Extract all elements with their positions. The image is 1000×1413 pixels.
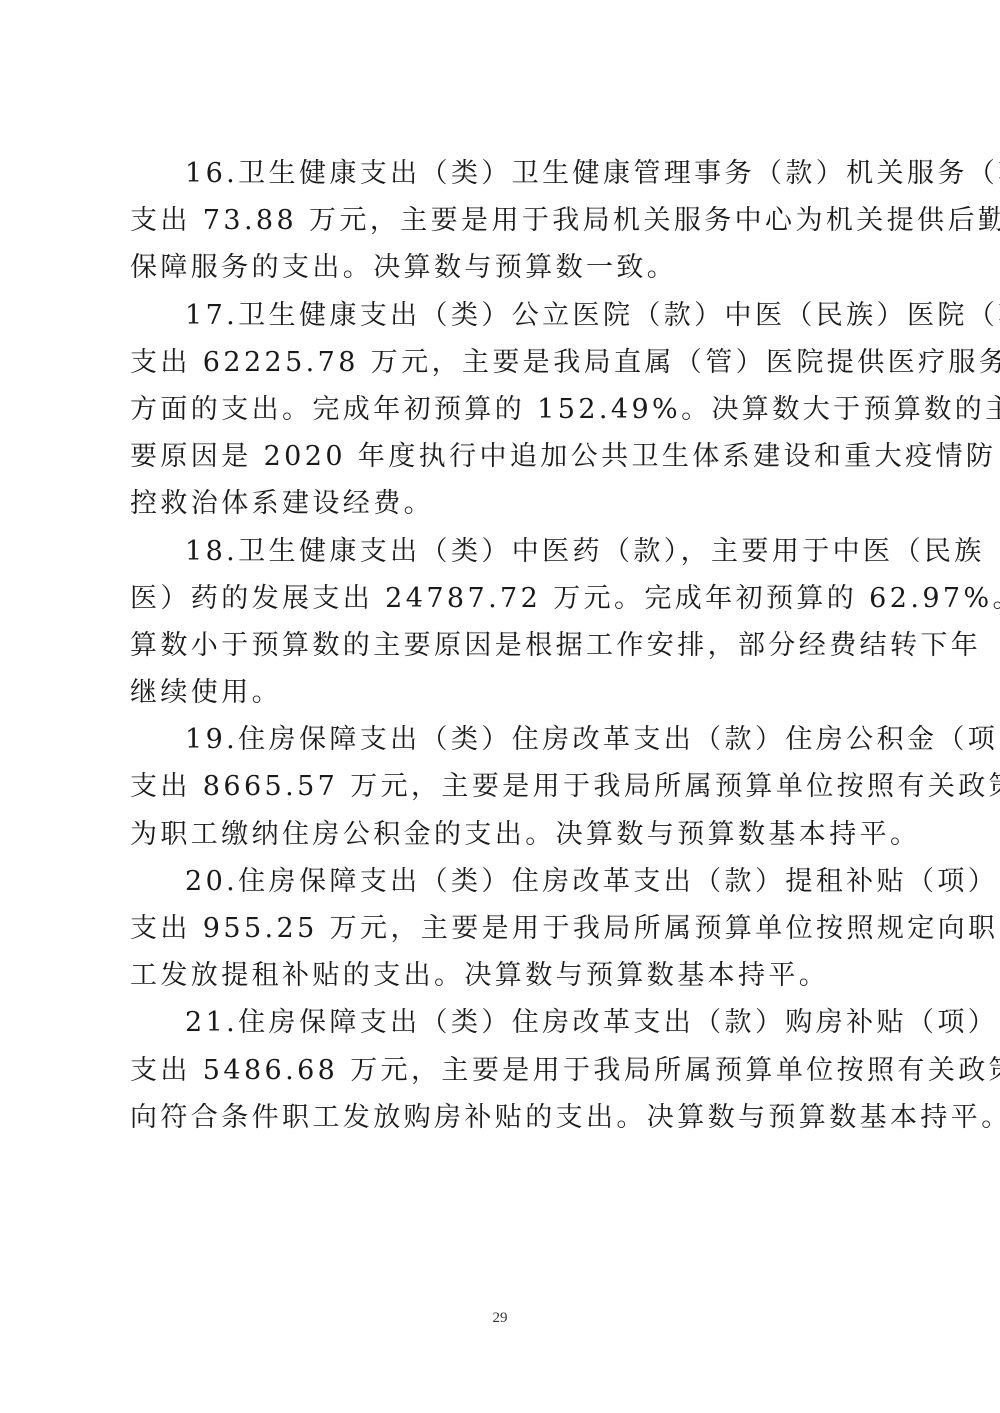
paragraph-line: 控救治体系建设经费。 [130,480,875,527]
paragraph-line: 工发放提租补贴的支出。决算数与预算数基本持平。 [130,952,875,999]
paragraph-line: 为职工缴纳住房公积金的支出。决算数与预算数基本持平。 [130,811,875,858]
paragraph-line: 方面的支出。完成年初预算的 152.49%。决算数大于预算数的主 [130,386,875,433]
paragraph-19: 19.住房保障支出（类）住房改革支出（款）住房公积金（项） 支出 8665.57… [130,716,875,858]
paragraph-16: 16.卫生健康支出（类）卫生健康管理事务（款）机关服务（项） 支出 73.88 … [130,150,875,292]
paragraph-18: 18.卫生健康支出（类）中医药（款），主要用于中医（民族 医）药的发展支出 24… [130,528,875,717]
paragraph-line: 支出 955.25 万元，主要是用于我局所属预算单位按照规定向职 [130,905,875,952]
paragraph-line: 算数小于预算数的主要原因是根据工作安排，部分经费结转下年 [130,622,875,669]
paragraph-line: 20.住房保障支出（类）住房改革支出（款）提租补贴（项） [130,858,875,905]
paragraph-line: 继续使用。 [130,669,875,716]
paragraph-21: 21.住房保障支出（类）住房改革支出（款）购房补贴（项） 支出 5486.68 … [130,999,875,1141]
paragraph-line: 要原因是 2020 年度执行中追加公共卫生体系建设和重大疫情防 [130,433,875,480]
paragraph-line: 医）药的发展支出 24787.72 万元。完成年初预算的 62.97%。决 [130,575,875,622]
paragraph-line: 19.住房保障支出（类）住房改革支出（款）住房公积金（项） [130,716,875,763]
paragraph-line: 支出 73.88 万元，主要是用于我局机关服务中心为机关提供后勤 [130,197,875,244]
paragraph-20: 20.住房保障支出（类）住房改革支出（款）提租补贴（项） 支出 955.25 万… [130,858,875,1000]
document-page: 16.卫生健康支出（类）卫生健康管理事务（款）机关服务（项） 支出 73.88 … [0,0,1000,1413]
paragraph-line: 21.住房保障支出（类）住房改革支出（款）购房补贴（项） [130,999,875,1046]
paragraph-line: 16.卫生健康支出（类）卫生健康管理事务（款）机关服务（项） [130,150,875,197]
paragraph-line: 向符合条件职工发放购房补贴的支出。决算数与预算数基本持平。 [130,1094,875,1141]
paragraph-line: 17.卫生健康支出（类）公立医院（款）中医（民族）医院（项） [130,292,875,339]
paragraph-line: 支出 8665.57 万元，主要是用于我局所属预算单位按照有关政策 [130,763,875,810]
page-number: 29 [0,1310,1000,1327]
paragraph-line: 支出 62225.78 万元，主要是我局直属（管）医院提供医疗服务等 [130,339,875,386]
paragraph-17: 17.卫生健康支出（类）公立医院（款）中医（民族）医院（项） 支出 62225.… [130,292,875,528]
paragraph-line: 18.卫生健康支出（类）中医药（款），主要用于中医（民族 [130,528,875,575]
paragraph-line: 支出 5486.68 万元，主要是用于我局所属预算单位按照有关政策 [130,1047,875,1094]
paragraph-line: 保障服务的支出。决算数与预算数一致。 [130,244,875,291]
document-body: 16.卫生健康支出（类）卫生健康管理事务（款）机关服务（项） 支出 73.88 … [130,150,875,1141]
